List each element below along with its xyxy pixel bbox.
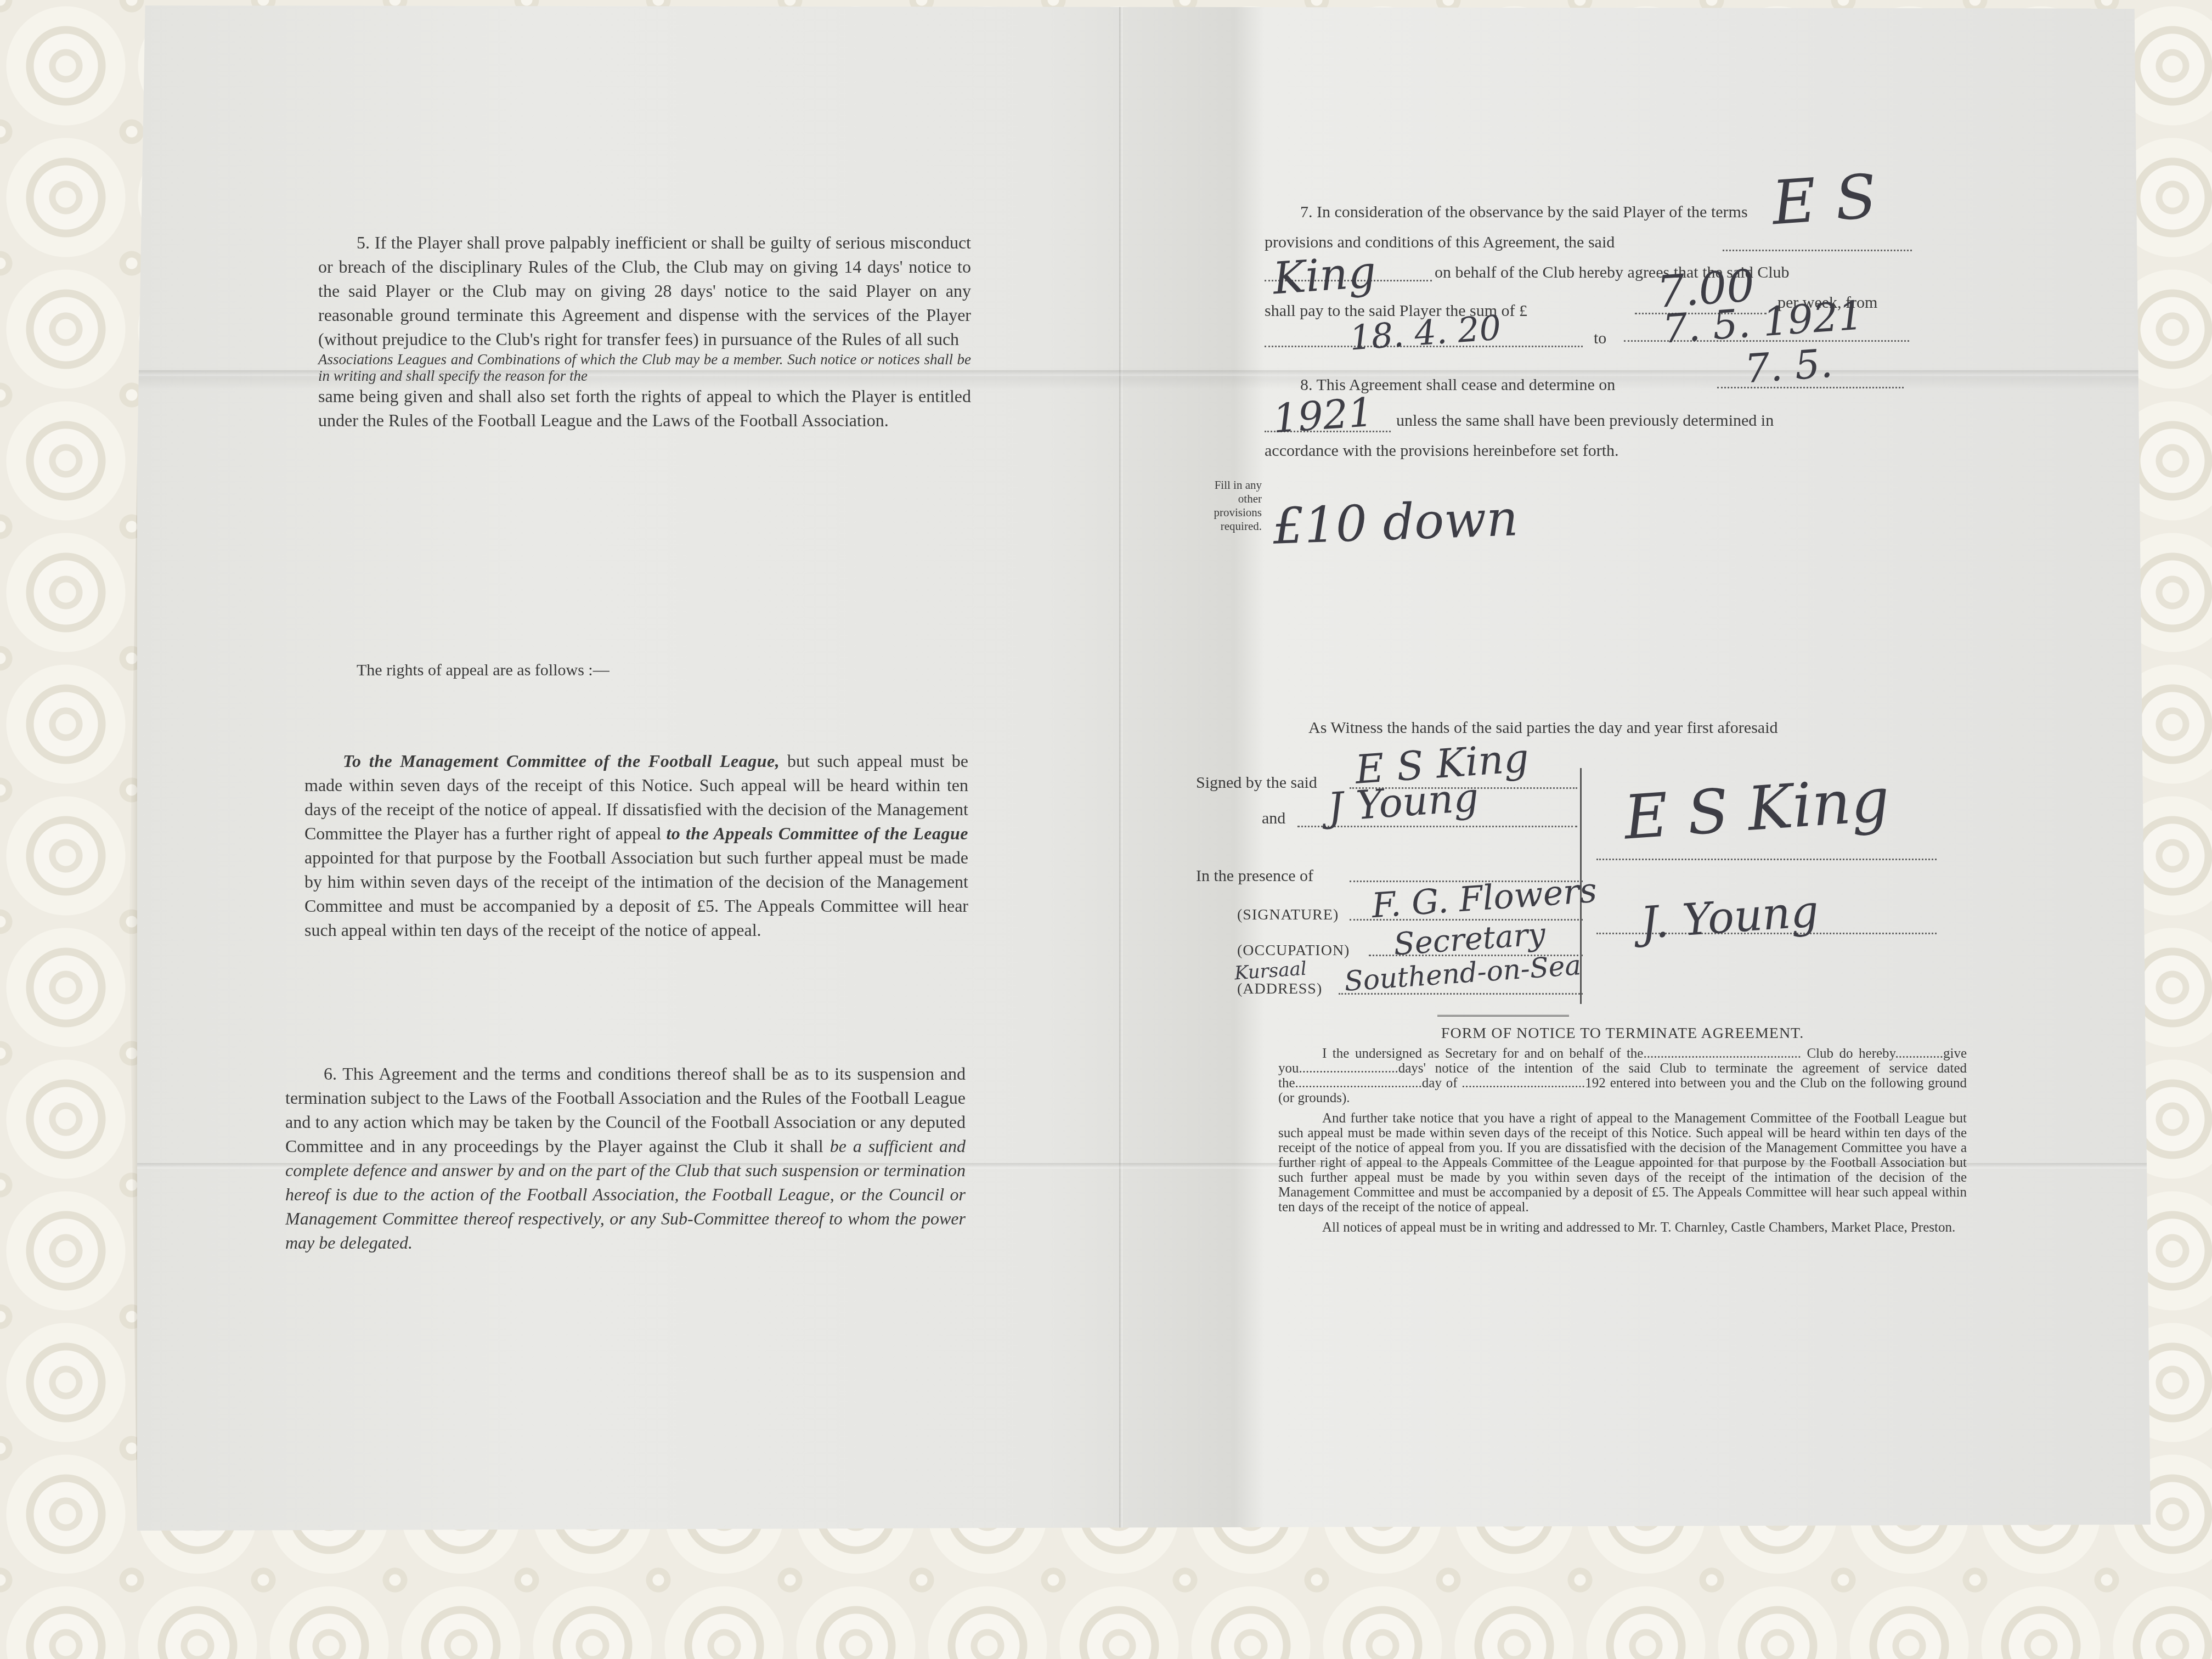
clause-7-line-1: 7. In consideration of the observance by…: [1300, 203, 1748, 222]
witness-statement: As Witness the hands of the said parties…: [1308, 719, 1778, 737]
appeal-text-2: appointed for that purpose by the Footba…: [304, 848, 968, 940]
signature-label: (SIGNATURE): [1237, 906, 1339, 924]
clause-8-line-3: accordance with the provisions hereinbef…: [1265, 442, 1619, 460]
handwritten-initials: E S: [1770, 161, 1879, 239]
handwritten-surname: King: [1271, 246, 1378, 304]
rights-of-appeal: To the Management Committee of the Footb…: [304, 749, 968, 942]
address-label: (ADDRESS): [1237, 980, 1322, 998]
clause-5: 5. If the Player shall prove palpably in…: [318, 230, 971, 432]
clause-8-number: 8.: [1300, 376, 1313, 394]
appeal-intro: The rights of appeal are as follows :—: [357, 661, 610, 680]
clause-6-number: 6.: [324, 1064, 337, 1084]
right-signature-field-1[interactable]: [1596, 859, 1937, 860]
clause-6: 6. This Agreement and the terms and cond…: [285, 1062, 966, 1255]
double-rule: [1437, 1015, 1569, 1017]
clause-7-text-1: In consideration of the observance by th…: [1317, 203, 1748, 221]
other-provisions-label: Fill in any other provisions required.: [1190, 478, 1262, 533]
clause-5-overprint: Associations Leagues and Combinations of…: [318, 351, 971, 384]
presence-label: In the presence of: [1196, 867, 1313, 885]
clause-8-line-2: unless the same shall have been previous…: [1396, 411, 1774, 430]
notice-para-1: I the undersigned as Secretary for and o…: [1278, 1046, 1967, 1105]
notice-form: FORM OF NOTICE TO TERMINATE AGREEMENT. I…: [1278, 1026, 1967, 1240]
handwritten-cease-year: 1921: [1271, 389, 1375, 442]
blackletter-management-committee: To the Management Committee of the Footb…: [343, 751, 780, 771]
notice-para-2: And further take notice that you have a …: [1278, 1111, 1967, 1215]
player-name-field[interactable]: [1723, 250, 1912, 251]
clause-7-number: 7.: [1300, 203, 1313, 221]
handwritten-cease-date: 7. 5.: [1743, 340, 1834, 392]
clause-5-text: If the Player shall prove palpably ineff…: [318, 233, 971, 349]
signed-by-label: Signed by the said: [1196, 774, 1317, 792]
and-label: and: [1262, 809, 1285, 828]
clause-5-text-end: same being given and shall also set fort…: [318, 384, 971, 432]
clause-7-line-2: provisions and conditions of this Agreem…: [1265, 233, 1615, 252]
occupation-label: (OCCUPATION): [1237, 942, 1350, 960]
blackletter-appeals-committee: to the Appeals Committee of the League: [666, 823, 968, 843]
handwritten-other-provisions: £10 down: [1272, 489, 1519, 556]
notice-para-3: All notices of appeal must be in writing…: [1278, 1220, 1967, 1235]
notice-title: FORM OF NOTICE TO TERMINATE AGREEMENT.: [1278, 1026, 1967, 1041]
center-fold: [1119, 5, 1122, 1531]
clause-5-number: 5.: [357, 233, 370, 252]
to-label: to: [1594, 329, 1606, 348]
